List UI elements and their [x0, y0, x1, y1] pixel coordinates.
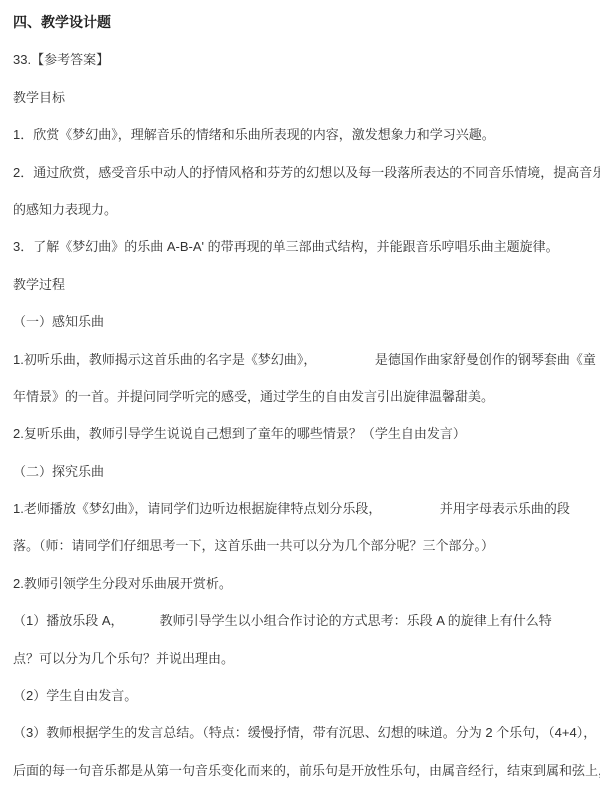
text-line: （1）播放乐段 A， 教师引导学生以小组合作讨论的方式思考：乐段 A 的旋律上有…	[13, 602, 598, 639]
text-line: 2．通过欣赏，感受音乐中动人的抒情风格和芬芳的幻想以及每一段落所表达的不同音乐情…	[13, 154, 598, 191]
section-heading: 四、教学设计题	[13, 4, 598, 41]
text-line: 1.老师播放《梦幻曲》，请同学们边听边根据旋律特点划分乐段， 并用字母表示乐曲的…	[13, 490, 598, 527]
document-page: 四、教学设计题33.【参考答案】教学目标1．欣赏《梦幻曲》，理解音乐的情绪和乐曲…	[0, 0, 600, 787]
text-line: 的感知力表现力。	[13, 191, 598, 228]
text-line: （2）学生自由发言。	[13, 677, 598, 714]
text-line: （二）探究乐曲	[13, 453, 598, 490]
text-line: 1．欣赏《梦幻曲》，理解音乐的情绪和乐曲所表现的内容，激发想象力和学习兴趣。	[13, 116, 598, 153]
text-line: 1.初听乐曲，教师揭示这首乐曲的名字是《梦幻曲》， 是德国作曲家舒曼创作的钢琴套…	[13, 341, 598, 378]
text-line: 后面的每一句音乐都是从第一句音乐变化而来的，前乐句是开放性乐句，由属音经行，结束…	[13, 752, 598, 787]
text-line: （3）教师根据学生的发言总结。（特点：缓慢抒情，带有沉思、幻想的味道。分为 2 …	[13, 714, 598, 751]
document-lines: 四、教学设计题33.【参考答案】教学目标1．欣赏《梦幻曲》，理解音乐的情绪和乐曲…	[13, 4, 598, 787]
text-line: 教学目标	[13, 79, 598, 116]
text-line: 2.复听乐曲，教师引导学生说说自己想到了童年的哪些情景？（学生自由发言）	[13, 415, 598, 452]
text-line: 33.【参考答案】	[13, 41, 598, 78]
text-line: 点？可以分为几个乐句？并说出理由。	[13, 640, 598, 677]
text-line: （一）感知乐曲	[13, 303, 598, 340]
text-line: 教学过程	[13, 266, 598, 303]
text-line: 落。（师：请同学们仔细思考一下，这首乐曲一共可以分为几个部分呢？三个部分。）	[13, 527, 598, 564]
text-line: 2.教师引领学生分段对乐曲展开赏析。	[13, 565, 598, 602]
text-line: 年情景》的一首。并提问同学听完的感受，通过学生的自由发言引出旋律温馨甜美。	[13, 378, 598, 415]
text-line: 3．了解《梦幻曲》的乐曲 A-B-A' 的带再现的单三部曲式结构，并能跟音乐哼唱…	[13, 228, 598, 265]
